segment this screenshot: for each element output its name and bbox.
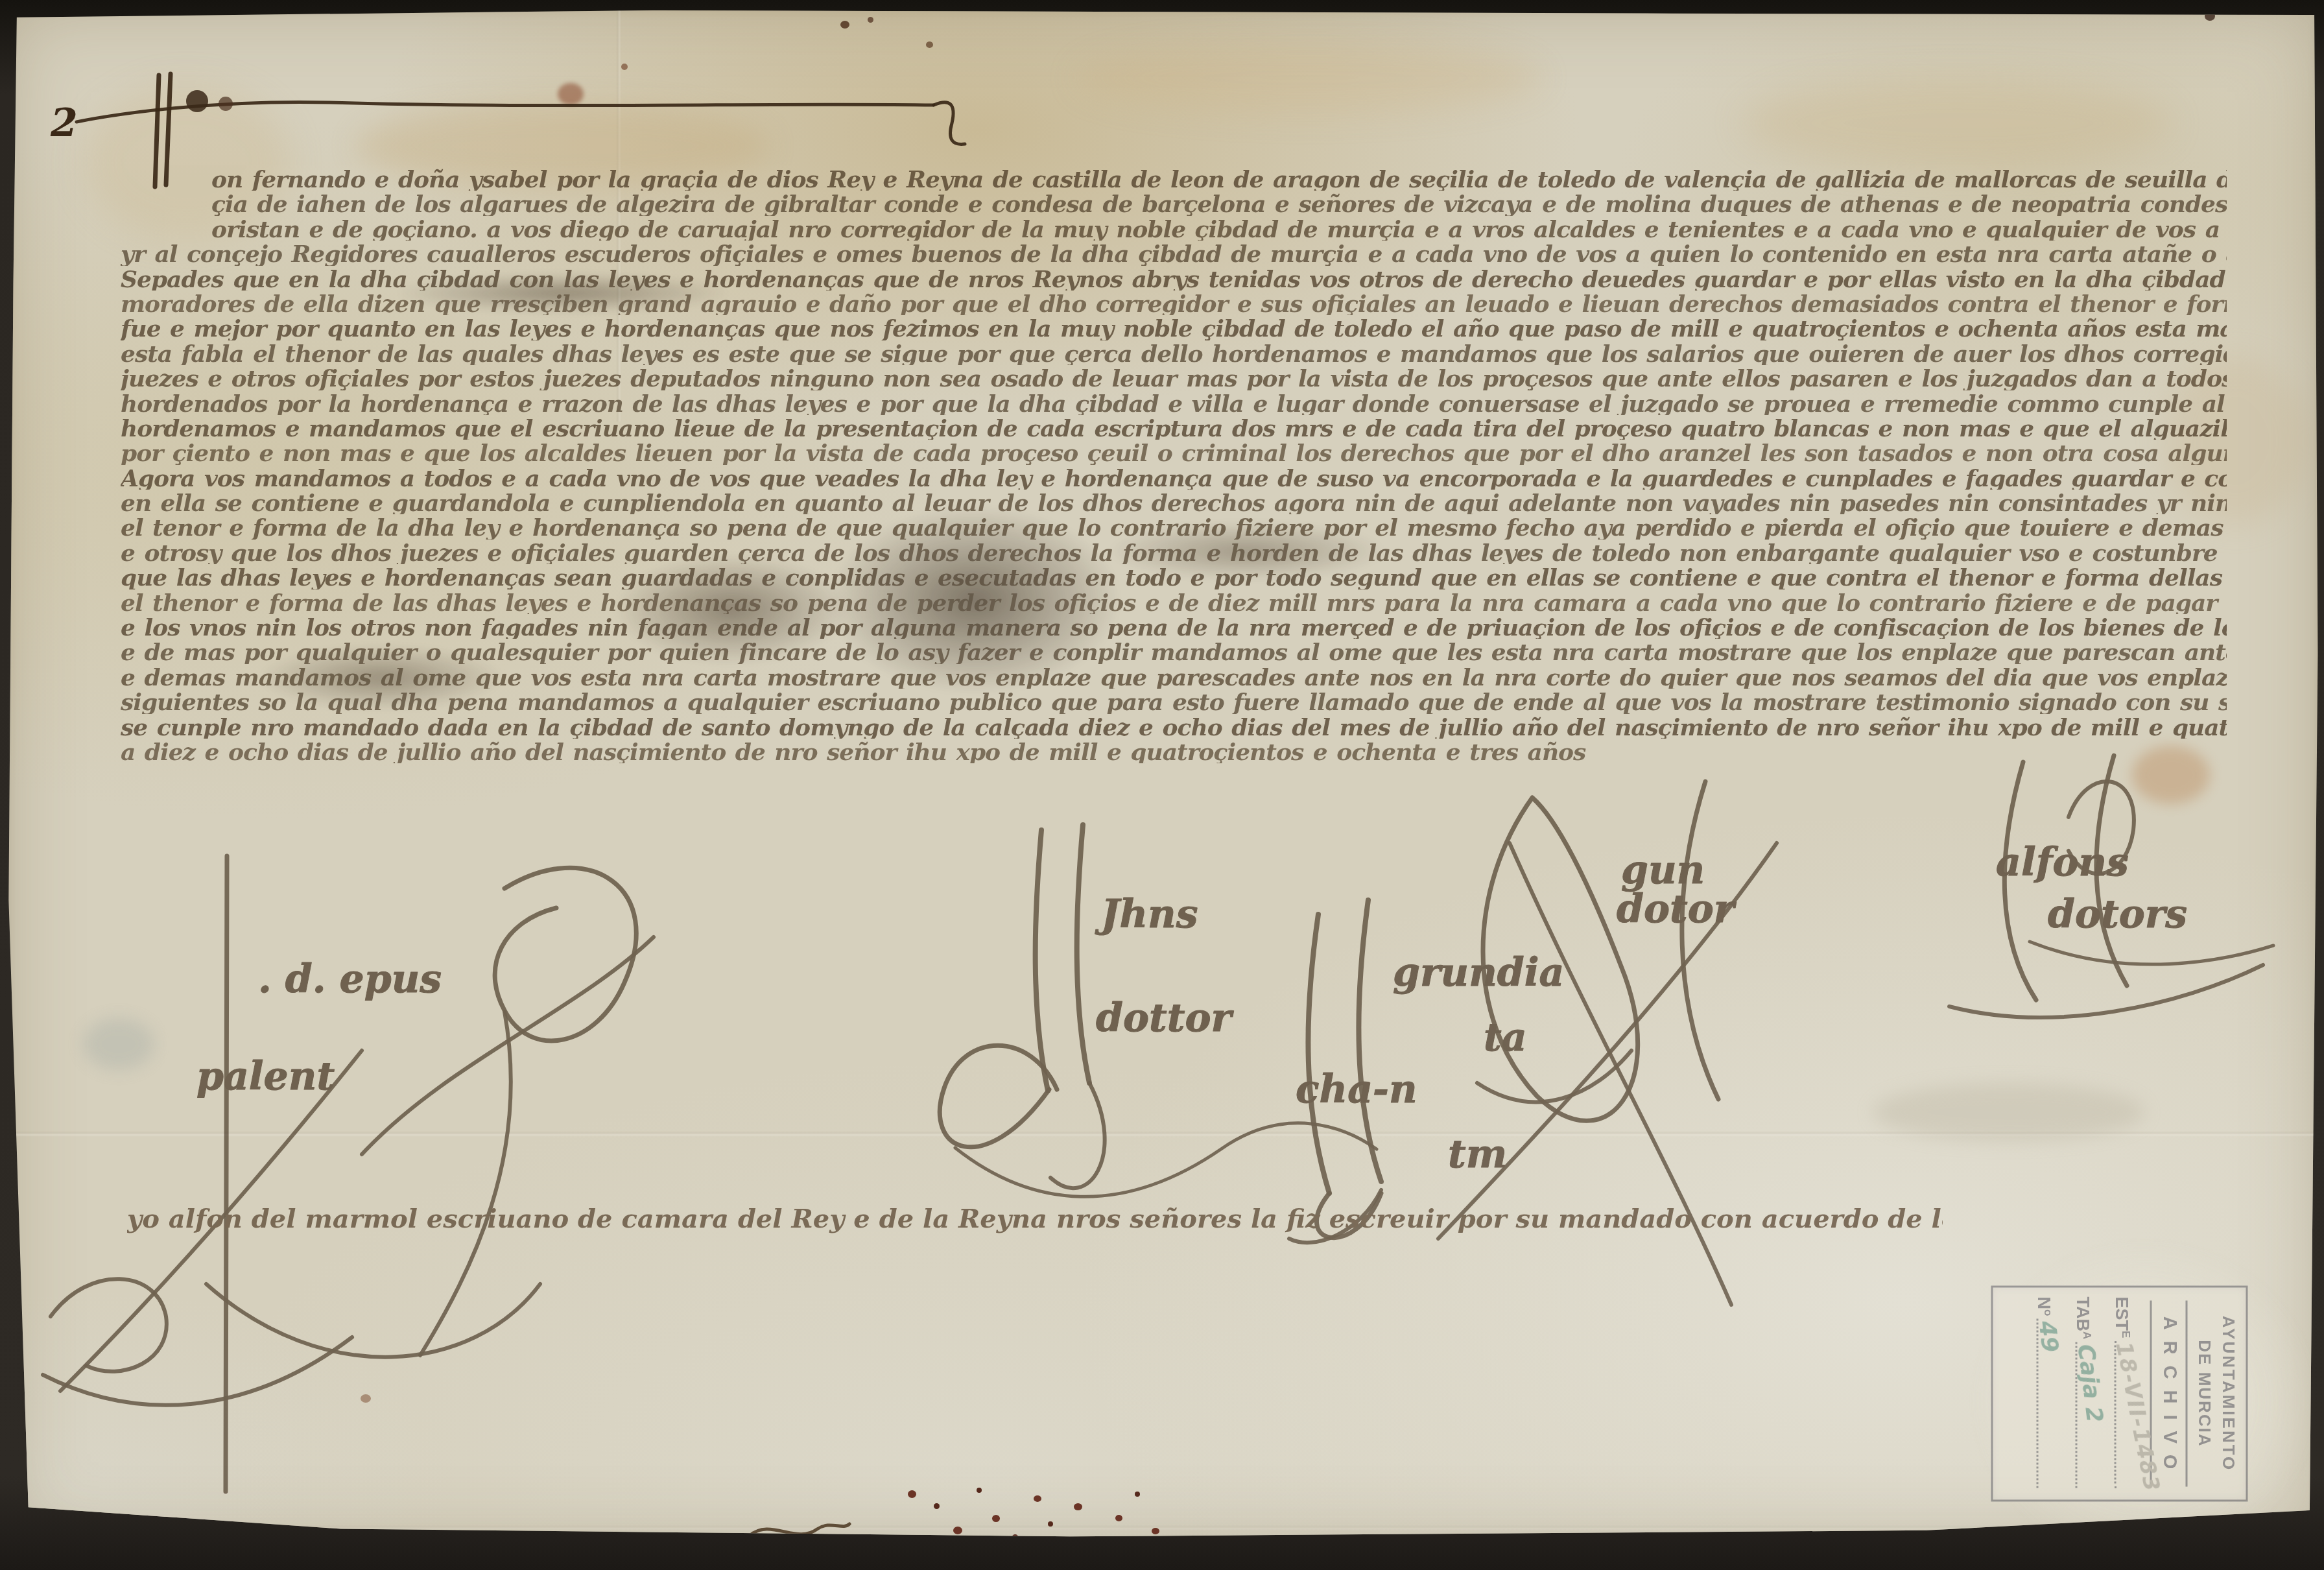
stamp-value-pencil: 18-VII-1483: [2111, 1340, 2165, 1494]
stamp-section: ARCHIVO: [2159, 1288, 2180, 1500]
ink-spot: [2236, 9, 2242, 15]
notary-subscription-line: yo alfon del marmol escriuano de camara …: [127, 1204, 1943, 1237]
notary-rubric-value: rúbrica: [5, 6, 6, 7]
manuscript-line: por çiento e non mas e que los alcaldes …: [121, 440, 2227, 464]
speckle: [1074, 1503, 1082, 1510]
manuscript-line: oristan e de goçiano. a vos diego de car…: [121, 216, 2227, 241]
stamp-value-caja: Caja 2: [2072, 1342, 2108, 1423]
stamp-field-label: TABA: [2072, 1297, 2093, 1340]
manuscript-line: e otrosy que los dhos juezes e ofiçiales…: [121, 540, 2227, 564]
manuscript-line: esta fabla el thenor de las quales dhas …: [121, 340, 2227, 365]
ink-spot: [926, 42, 933, 48]
stamp-field-numero: No 49: [2033, 1297, 2058, 1491]
archive-stamp: AYUNTAMIENTO DE MURCIA ARCHIVO ESTE 18-V…: [1991, 1286, 2248, 1502]
manuscript-line: Sepades que en la dha çibdad con las ley…: [121, 266, 2227, 291]
speckle: [1152, 1528, 1159, 1534]
manuscript-line: que las dhas leyes e hordenanças sean gu…: [121, 564, 2227, 589]
manuscript-line: en ella se contiene e guardandola e cunp…: [121, 490, 2227, 514]
signature-5: alfons dotors: [1899, 726, 2294, 1057]
stamp-dotted-line: 49: [2037, 1318, 2058, 1488]
top-left-number: 2: [50, 101, 78, 146]
speckle: [977, 1488, 982, 1493]
ink-spot: [868, 17, 873, 23]
speckle: [1034, 1495, 1041, 1502]
manuscript-line: el thenor e forma de las dhas leyes e ho…: [121, 589, 2227, 614]
manuscript-line: hordenados por la hordenança e rrazon de…: [121, 390, 2227, 415]
ink-spot: [840, 21, 849, 29]
stamp-field-taba: TABA Caja 2: [2072, 1297, 2097, 1491]
ink-spot: [2205, 12, 2215, 21]
speckle: [1685, 1534, 1692, 1541]
initial-letter-value: D: [5, 6, 6, 7]
manuscript-line: on fernando e doña ysabel por la graçia …: [121, 166, 2227, 191]
stamp-dotted-line: Caja 2: [2076, 1342, 2097, 1488]
manuscript-line: çia de iahen de los algarues de algezira…: [121, 191, 2227, 215]
parchment-sheet: 2 D q on fernando e doña ysabel por la g…: [5, 6, 2320, 1547]
stamp-rule: [2186, 1301, 2188, 1487]
manuscript-line: fue e mejor por quanto en las leyes e ho…: [121, 315, 2227, 340]
signature-4-word-bottom: dotor: [1617, 886, 1737, 932]
tan-stain: [1743, 78, 2171, 169]
manuscript-line: moradores de ella dizen que rresçiben gr…: [121, 291, 2227, 315]
bottom-squiggle-stain: [744, 1505, 855, 1556]
signature-4: gun dotor tm: [1393, 746, 1814, 1329]
stamp-title: AYUNTAMIENTO: [2218, 1288, 2238, 1500]
manuscript-line: el tenor e forma de la dha ley e hordena…: [121, 514, 2227, 539]
speckle: [1048, 1521, 1053, 1527]
manuscript-line: e los vnos nin los otros non fagades nin…: [121, 614, 2227, 639]
speckle: [1135, 1492, 1140, 1497]
left-margin-mark-value: q: [5, 6, 6, 7]
photo-of-manuscript: 2 D q on fernando e doña ysabel por la g…: [0, 0, 2324, 1570]
signature-5-word-top: alfons: [1996, 840, 2129, 885]
signature-4-word-side: tm: [1448, 1132, 1507, 1177]
stamp-field-label: ESTE: [2111, 1297, 2132, 1338]
signature-2-word-top: Jhns: [1095, 892, 1198, 937]
speckle: [1093, 1537, 1099, 1543]
speckle: [953, 1527, 962, 1534]
signature-1-word-top: . d. epus: [258, 957, 442, 1002]
signature-5-word-bottom: dotors: [2048, 892, 2187, 937]
stamp-subtitle: DE MURCIA: [2194, 1288, 2214, 1500]
notary-rubric: [83, 1239, 362, 1414]
show-through-marks: [1873, 1083, 2145, 1141]
speckle: [1334, 1545, 1341, 1551]
manuscript-text-block: on fernando e doña ysabel por la graçia …: [121, 166, 2227, 763]
manuscript-line: siguientes so la qual dha pena mandamos …: [121, 689, 2227, 713]
speckle: [1115, 1515, 1122, 1521]
speckle: [934, 1503, 940, 1509]
manuscript-line: e de mas por qualquier o qualesquier por…: [121, 639, 2227, 663]
stamp-dotted-line: 18-VII-1483: [2115, 1340, 2136, 1488]
speckle: [1012, 1534, 1018, 1540]
stamp-field-label: No: [2033, 1297, 2054, 1316]
stamp-value-numero: 49: [2033, 1320, 2063, 1354]
speckle: [908, 1490, 916, 1498]
manuscript-line: e demas mandamos al ome que vos esta nra…: [121, 664, 2227, 689]
stamp-field-este: ESTE 18-VII-1483: [2111, 1297, 2136, 1491]
manuscript-line: hordenamos e mandamos que el escriuano l…: [121, 415, 2227, 440]
tan-stain: [1075, 42, 1542, 113]
manuscript-line: juezes e otros ofiçiales por estos jueze…: [121, 365, 2227, 390]
speckle: [992, 1515, 1000, 1522]
manuscript-line: Agora vos mandamos a todos e a cada vno …: [121, 465, 2227, 490]
manuscript-line: yr al conçejo Regidores caualleros escud…: [121, 241, 2227, 265]
